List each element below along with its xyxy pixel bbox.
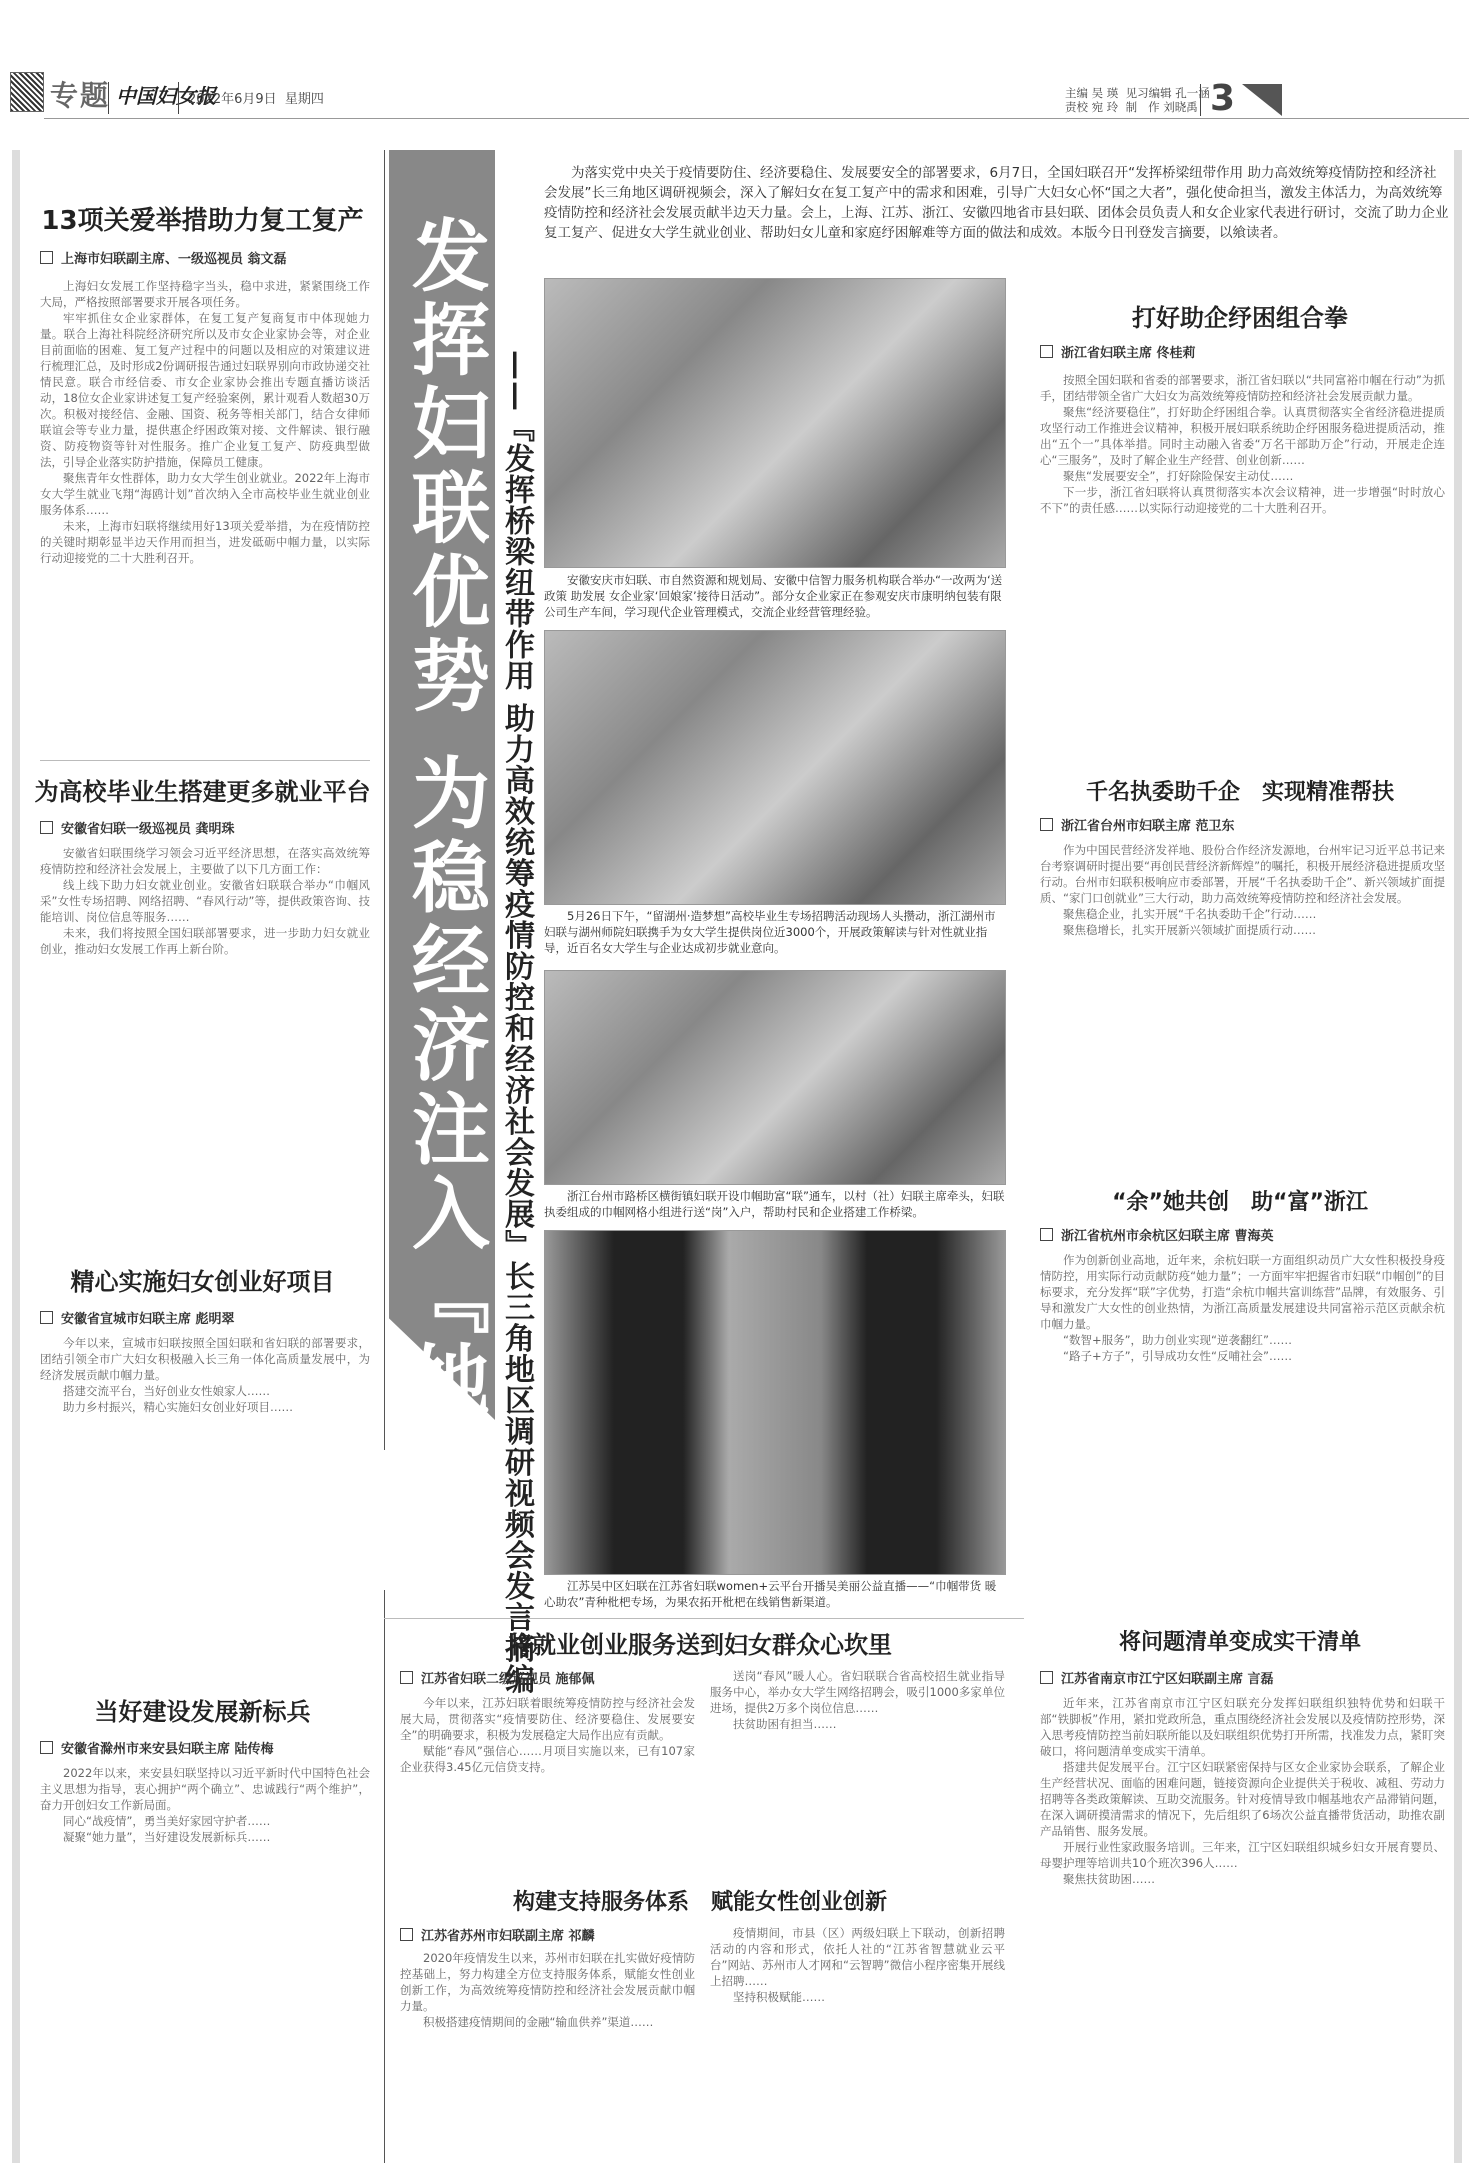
paragraph: 2022年以来，来安县妇联坚持以习近平新时代中国特色社会主义思想为指导，衷心拥护… (40, 1765, 370, 1813)
photo-caption: 5月26日下午，“留湖州·造梦想”高校毕业生专场招聘活动现场人头攒动，浙江湖州市… (544, 908, 1006, 956)
article-body: 安徽省妇联围绕学习领会习近平经济思想，在落实高效统筹疫情防控和经济社会发展上，主… (40, 845, 370, 957)
paragraph: 未来，上海市妇联将继续用好13项关爱举措，为在疫情防控的关键时期彰显半边天作用而… (40, 518, 370, 566)
article-byline: 浙江省台州市妇联主席 范卫东 (1040, 815, 1235, 834)
article-body: 2022年以来，来安县妇联坚持以习近平新时代中国特色社会主义思想为指导，衷心拥护… (40, 1765, 370, 1845)
paragraph: 作为创新创业高地，近年来，余杭妇联一方面组织动员广大女性积极投身疫情防控，用实际… (1040, 1252, 1445, 1332)
article-byline: 上海市妇联副主席、一级巡视员 翁文磊 (40, 248, 287, 267)
paragraph: 牢牢抓住女企业家群体，在复工复产复商复市中体现她力量。联合上海社科院经济研究所以… (40, 310, 370, 470)
photo-caption: 江苏吴中区妇联在江苏省妇联women+云平台开播吴美丽公益直播——“巾帼带货 暖… (544, 1578, 1006, 1610)
photo-caption: 浙江台州市路桥区横街镇妇联开设巾帼助富“联”通车，以村（社）妇联主席牵头，妇联执… (544, 1188, 1006, 1220)
article-body: 作为创新创业高地，近年来，余杭妇联一方面组织动员广大女性积极投身疫情防控，用实际… (1040, 1252, 1445, 1364)
paragraph: 聚焦稳企业，扎实开展“千名执委助千企”行动…… (1040, 906, 1445, 922)
paragraph: 聚焦“发展要安全”，打好除险保安主动仗…… (1040, 468, 1445, 484)
qr-code-icon (10, 72, 44, 112)
photo-factory-visit (544, 278, 1006, 568)
article-separator (40, 760, 370, 761)
article-body: 2020年疫情发生以来，苏州市妇联在扎实做好疫情防控基础上，努力构建全方位支持服… (400, 1950, 695, 2030)
paragraph: 聚焦“经济要稳住”，打好助企纾困组合拳。认真贯彻落实全省经济稳进提质攻坚行动工作… (1040, 404, 1445, 468)
paragraph: 积极搭建疫情期间的金融“输血供养”渠道…… (400, 2014, 695, 2030)
paragraph: 扶贫助困有担当…… (710, 1716, 1005, 1732)
photo-caption: 安徽安庆市妇联、市自然资源和规划局、安徽中信智力服务机构联合举办“一改两为‘送政… (544, 572, 1006, 620)
article-body: 送岗“春风”暖人心。省妇联联合省高校招生就业指导服务中心，举办女大学生网络招聘会… (710, 1668, 1005, 1732)
paragraph: 搭建共促发展平台。江宁区妇联紧密保持与区女企业家协会联系，了解企业生产经营状况、… (1040, 1759, 1445, 1839)
left-margin-bar (12, 150, 20, 2163)
article-body: 今年以来，江苏妇联着眼统筹疫情防控与经济社会发展大局，贯彻落实“疫情要防住、经济… (400, 1695, 695, 1775)
article-byline: 江苏省南京市江宁区妇联副主席 言磊 (1040, 1668, 1274, 1687)
paragraph: 聚焦青年女性群体，助力女大学生创业就业。2022年上海市女大学生就业飞翔“海鸥计… (40, 470, 370, 518)
paragraph: 今年以来，江苏妇联着眼统筹疫情防控与经济社会发展大局，贯彻落实“疫情要防住、经济… (400, 1695, 695, 1743)
paragraph: 助力乡村振兴，精心实施妇女创业好项目…… (40, 1399, 370, 1415)
article-body: 上海妇女发展工作坚持稳字当头，稳中求进，紧紧围绕工作大局，严格按照部署要求开展各… (40, 278, 370, 566)
article-headline: 打好助企纾困组合拳 (1030, 298, 1450, 333)
article-headline: 13项关爱举措助力复工复产 (30, 200, 375, 237)
paragraph: 按照全国妇联和省委的部署要求，浙江省妇联以“共同富裕巾帼在行动”为抓手，团结带领… (1040, 372, 1445, 404)
article-body: 今年以来，宣城市妇联按照全国妇联和省妇联的部署要求，团结引领全市广大妇女积极融入… (40, 1335, 370, 1415)
article-byline: 江苏省妇联二级巡视员 施郁佩 (400, 1668, 595, 1687)
article-byline: 安徽省妇联一级巡视员 龚明珠 (40, 818, 235, 837)
issue-date: 2022年6月9日 星期四 (188, 88, 324, 107)
intro-paragraph: 为落实党中央关于疫情要防住、经济要稳住、发展要安全的部署要求，6月7日，全国妇联… (544, 163, 1449, 243)
section-title: 专题 (50, 74, 110, 114)
paragraph: 今年以来，宣城市妇联按照全国妇联和省妇联的部署要求，团结引领全市广大妇女积极融入… (40, 1335, 370, 1383)
paragraph: 开展行业性家政服务培训。三年来，江宁区妇联组织城乡妇女开展育婴员、母婴护理等培训… (1040, 1839, 1445, 1871)
paragraph: 近年来，江苏省南京市江宁区妇联充分发挥妇联组织独特优势和妇联干部“铁脚板”作用，… (1040, 1695, 1445, 1759)
credits-line-1: 主编 吴 瑛 见习编辑 孔一涵 (1065, 86, 1210, 100)
divider (178, 82, 179, 114)
header-rule (44, 118, 1469, 119)
paragraph: 聚焦扶贫助困…… (1040, 1871, 1445, 1887)
article-body: 按照全国妇联和省委的部署要求，浙江省妇联以“共同富裕巾帼在行动”为抓手，团结带领… (1040, 372, 1445, 516)
paragraph: 疫情期间，市县（区）两级妇联上下联动，创新招聘活动的内容和形式，依托人社的“江苏… (710, 1925, 1005, 1989)
paragraph: 作为中国民营经济发祥地、股份合作经济发源地，台州牢记习近平总书记来台考察调研时提… (1040, 842, 1445, 906)
right-margin-bar (1454, 150, 1462, 2163)
article-headline: 精心实施妇女创业好项目 (30, 1262, 375, 1297)
paragraph: 下一步，浙江省妇联将认真贯彻落实本次会议精神，进一步增强“时时放心不下”的责任感… (1040, 484, 1445, 516)
article-body: 近年来，江苏省南京市江宁区妇联充分发挥妇联组织独特优势和妇联干部“铁脚板”作用，… (1040, 1695, 1445, 1887)
corner-triangle-icon (1242, 84, 1282, 116)
photo-job-fair (544, 630, 1006, 905)
article-headline: 构建支持服务体系 赋能女性创业创新 (390, 1885, 1010, 1916)
date-text: 2022年6月9日 (188, 92, 277, 107)
photo-village-visit (544, 970, 1006, 1185)
paragraph: 搭建交流平台，当好创业女性娘家人…… (40, 1383, 370, 1399)
paragraph: 上海妇女发展工作坚持稳字当头，稳中求进，紧紧围绕工作大局，严格按照部署要求开展各… (40, 278, 370, 310)
paragraph: “数智+服务”，助力创业实现“逆袭翻红”…… (1040, 1332, 1445, 1348)
weekday-text: 星期四 (285, 92, 324, 107)
editor-credits: 主编 吴 瑛 见习编辑 孔一涵责校 宛 玲 制 作 刘晓禹 (1065, 86, 1210, 114)
article-byline: 江苏省苏州市妇联副主席 祁麟 (400, 1925, 595, 1944)
divider (108, 82, 109, 114)
credits-line-2: 责校 宛 玲 制 作 刘晓禹 (1065, 100, 1198, 114)
banner-title: 发挥妇联优势 为稳经济注入『她力量』 (395, 215, 489, 1676)
article-headline: 当好建设发展新标兵 (30, 1692, 375, 1727)
paragraph: 凝聚“她力量”，当好建设发展新标兵…… (40, 1829, 370, 1845)
paragraph: 坚持积极赋能…… (710, 1989, 1005, 2005)
article-body: 作为中国民营经济发祥地、股份合作经济发源地，台州牢记习近平总书记来台考察调研时提… (1040, 842, 1445, 938)
page-number: 3 (1210, 78, 1235, 119)
divider (1200, 84, 1201, 116)
paragraph: 同心“战疫情”，勇当美好家园守护者…… (40, 1813, 370, 1829)
paragraph: 赋能“春风”强信心……月项目实施以来，已有107家企业获得3.45亿元信贷支持。 (400, 1743, 695, 1775)
paragraph: 2020年疫情发生以来，苏州市妇联在扎实做好疫情防控基础上，努力构建全方位支持服… (400, 1950, 695, 2014)
article-separator (384, 1618, 1024, 1619)
column-border (384, 150, 385, 1450)
article-headline: 千名执委助千企 实现精准帮扶 (1030, 775, 1450, 806)
article-byline: 浙江省杭州市余杭区妇联主席 曹海英 (1040, 1225, 1274, 1244)
article-headline: 将就业创业服务送到妇女群众心坎里 (390, 1625, 1010, 1660)
article-byline: 安徽省滁州市来安县妇联主席 陆传梅 (40, 1738, 274, 1757)
photo-livestream (544, 1230, 1006, 1575)
column-border (384, 1590, 385, 2163)
paragraph: 聚焦稳增长，扎实开展新兴领域扩面提质行动…… (1040, 922, 1445, 938)
paragraph: “路子+方子”，引导成功女性“反哺社会”…… (1040, 1348, 1445, 1364)
paragraph: 送岗“春风”暖人心。省妇联联合省高校招生就业指导服务中心，举办女大学生网络招聘会… (710, 1668, 1005, 1716)
paragraph: 安徽省妇联围绕学习领会习近平经济思想，在落实高效统筹疫情防控和经济社会发展上，主… (40, 845, 370, 877)
banner-subtitle: ——『发挥桥梁纽带作用 助力高效统筹疫情防控和经济社会发展』长三角地区调研视频会… (496, 350, 536, 1694)
article-headline: 为高校毕业生搭建更多就业平台 (30, 772, 375, 807)
paragraph: 线上线下助力妇女就业创业。安徽省妇联联合举办“巾帼风采”女性专场招聘、网络招聘、… (40, 877, 370, 925)
article-body: 疫情期间，市县（区）两级妇联上下联动，创新招聘活动的内容和形式，依托人社的“江苏… (710, 1925, 1005, 2005)
article-headline: 将问题清单变成实干清单 (1030, 1625, 1450, 1656)
article-byline: 浙江省妇联主席 佟桂莉 (1040, 342, 1196, 361)
article-byline: 安徽省宣城市妇联主席 彪明翠 (40, 1308, 235, 1327)
article-headline: “余”她共创 助“富”浙江 (1030, 1185, 1450, 1216)
paragraph: 未来，我们将按照全国妇联部署要求，进一步助力妇女就业创业，推动妇女发展工作再上新… (40, 925, 370, 957)
